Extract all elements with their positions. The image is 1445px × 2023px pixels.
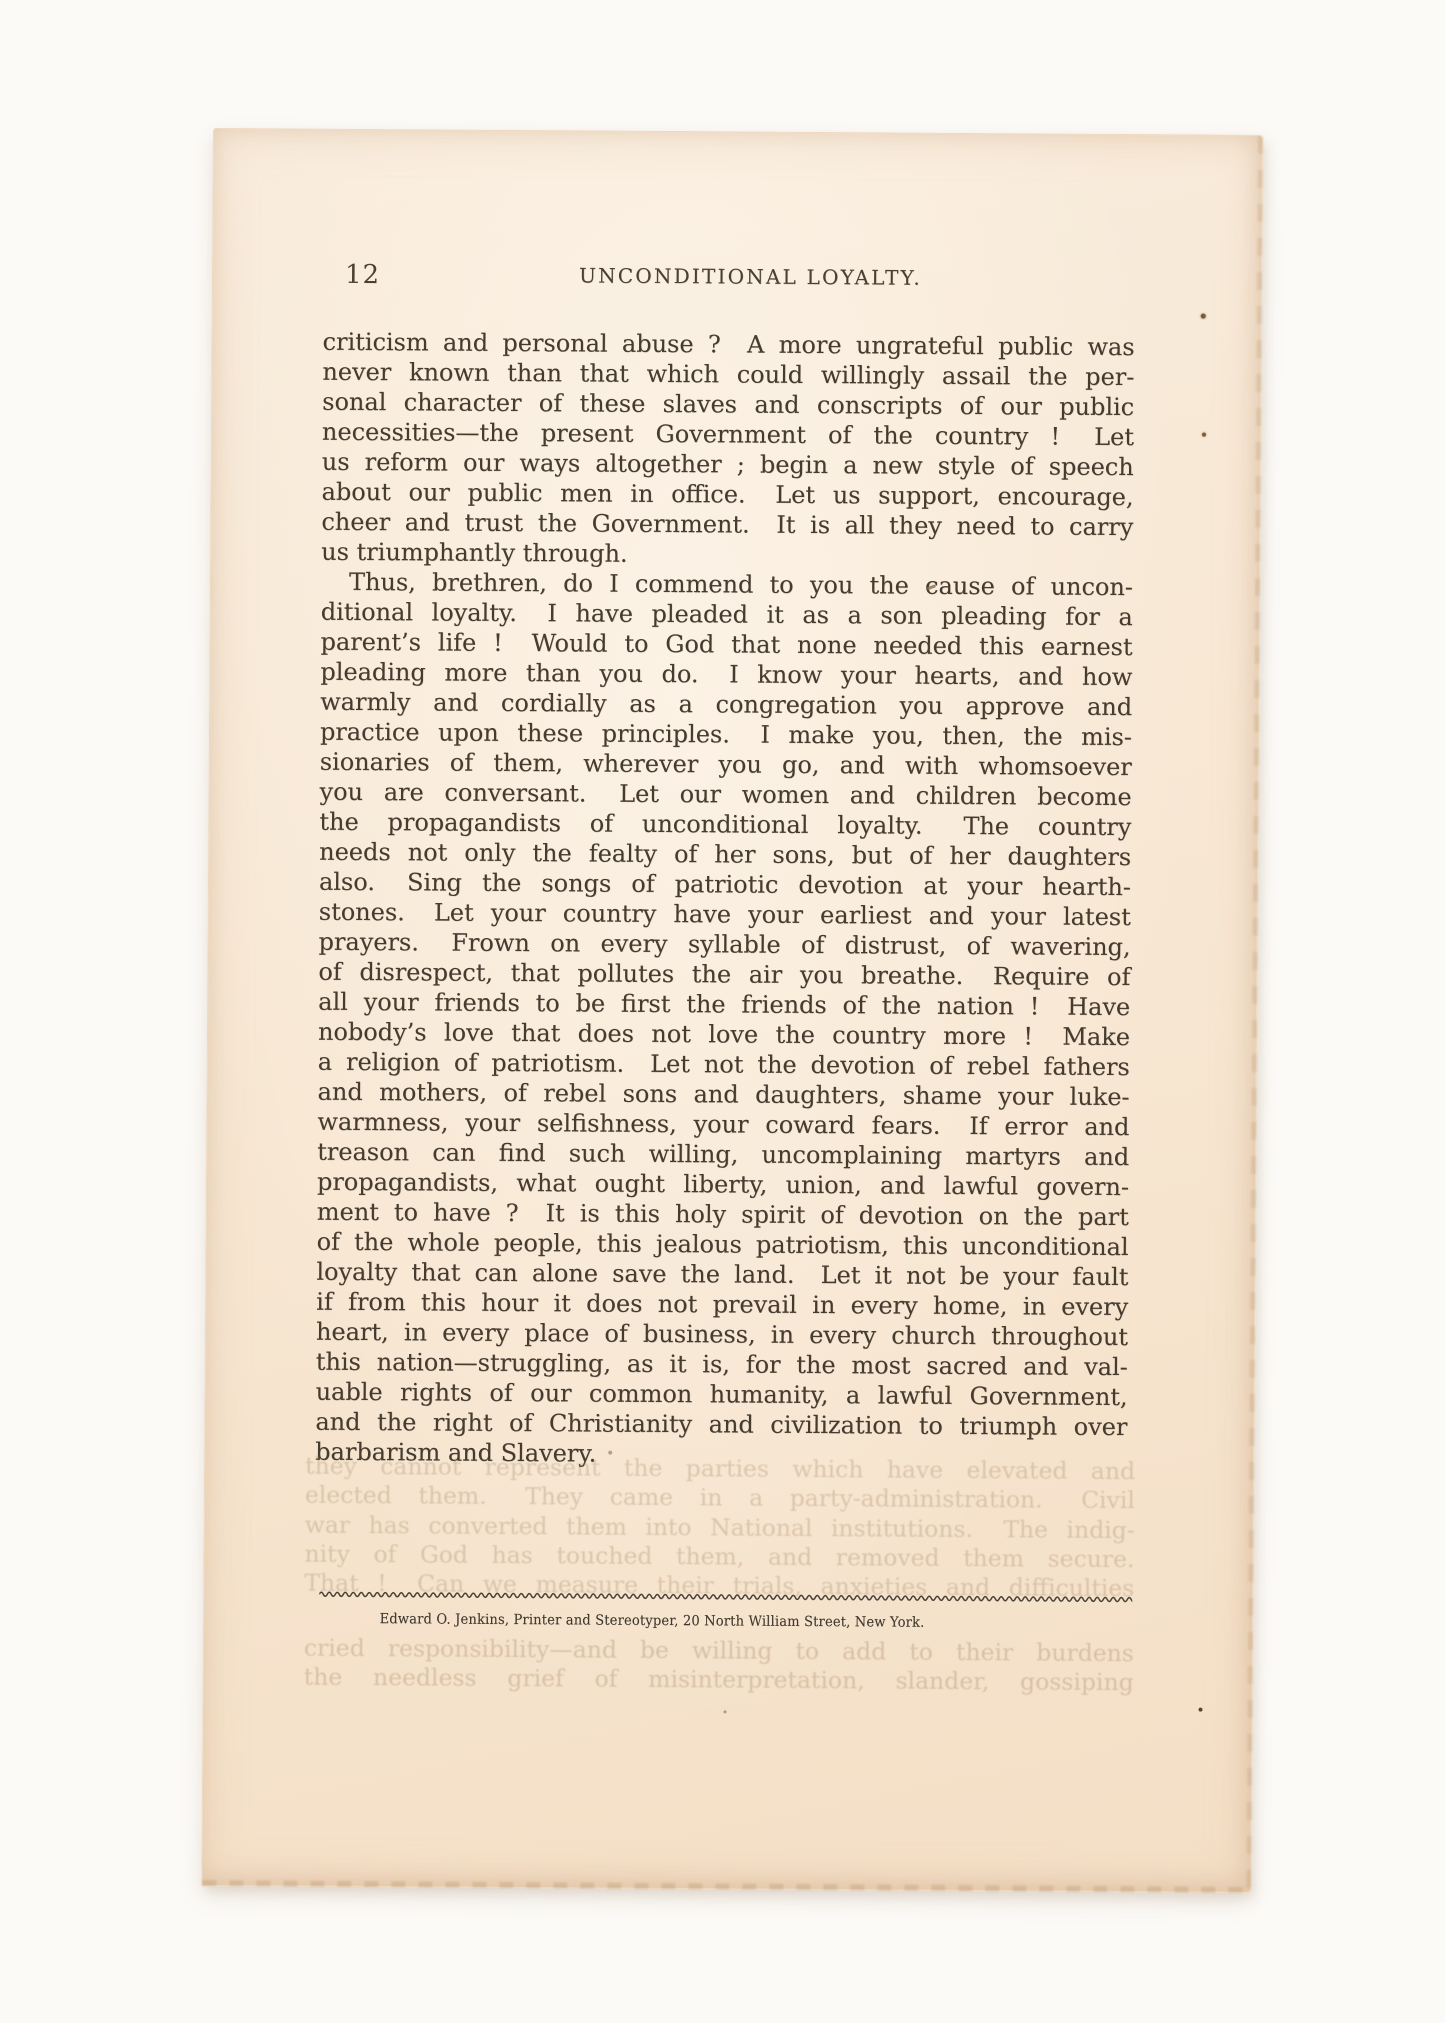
- bleedthrough-line: the needless grief of misinterpretation,…: [304, 1663, 1134, 1698]
- printer-imprint: Edward O. Jenkins, Printer and Stereotyp…: [246, 1607, 1058, 1634]
- page-header: 12 UNCONDITIONAL LOYALTY.: [323, 256, 1134, 295]
- paper-speck: [1202, 433, 1206, 437]
- deckle-edge-bottom: [202, 1880, 1250, 1893]
- paper-speck: [1201, 314, 1206, 319]
- bleedthrough-text-upper: they cannot represent the parties which …: [304, 1452, 1135, 1604]
- deckle-edge-right: [1246, 136, 1263, 1892]
- printer-imprint-text: Edward O. Jenkins, Printer and Stereotyp…: [380, 1608, 925, 1634]
- paper-speck: [1199, 1708, 1203, 1712]
- pamphlet-page: 12 UNCONDITIONAL LOYALTY. criticism and …: [201, 128, 1263, 1893]
- scan-background: 12 UNCONDITIONAL LOYALTY. criticism and …: [0, 0, 1445, 2023]
- bleedthrough-text-lower: cried responsibility—and be willing to a…: [304, 1634, 1134, 1698]
- body-text: criticism and personal abuse ? A more un…: [315, 327, 1135, 1472]
- running-title: UNCONDITIONAL LOYALTY.: [323, 260, 1178, 294]
- paper-speck: [608, 1451, 612, 1455]
- paper-speck: [723, 1710, 726, 1713]
